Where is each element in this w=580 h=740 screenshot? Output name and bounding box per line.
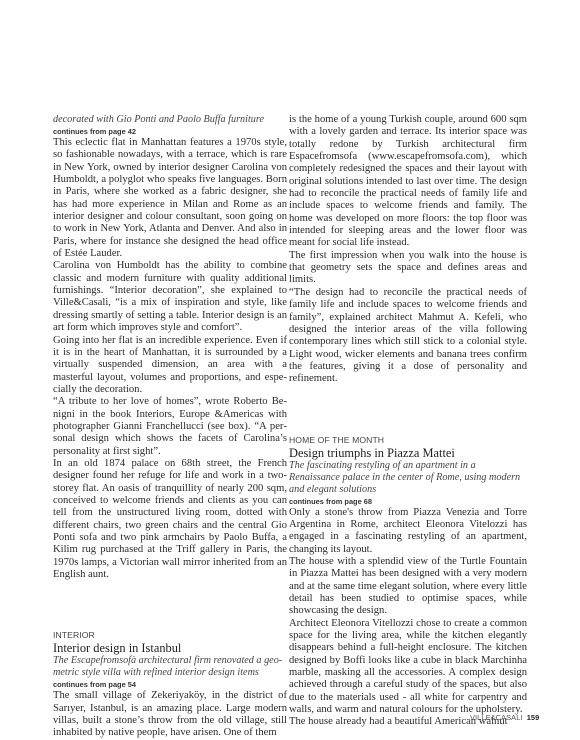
page-footer: VILLE&CASALI 159 [470, 713, 539, 722]
article1-paragraph: Going into her flat is an incredible exp… [53, 335, 287, 397]
article3-standfirst: The fascinating restyling of an apartmen… [289, 460, 527, 496]
section-gap [289, 386, 527, 435]
article3-kicker: HOME OF THE MONTH [289, 435, 527, 446]
article2-standfirst: The Escapefromsofà architectural firm re… [53, 655, 287, 679]
article3-paragraph: Only a stone's throw from Piazza Venezia… [289, 507, 527, 556]
article1-standfirst-tail: decorated with Gio Ponti and Paolo Buffa… [53, 114, 287, 126]
page-number: 159 [527, 713, 540, 722]
article2-continues-label: continues from page 54 [53, 680, 287, 690]
article2-continued-paragraph: is the home of a young Turkish couple, a… [289, 114, 527, 250]
article3-continues-label: continues from page 68 [289, 497, 527, 507]
article3-paragraph: The house with a splendid view of the Tu… [289, 556, 527, 618]
article1-paragraph: “A tribute to her love of homes”, wrote … [53, 396, 287, 458]
magazine-name: VILLE&CASALI [470, 713, 523, 722]
article2-continued-paragraph: The first impression when you walk into … [289, 250, 527, 287]
magazine-page: decorated with Gio Ponti and Paolo Buffa… [0, 0, 580, 740]
article1-continues-label: continues from page 42 [53, 127, 287, 137]
article2-continued-paragraph: “The design had to reconcile the practic… [289, 287, 527, 386]
section-gap [53, 581, 287, 630]
article1-paragraph: This eclectic flat in Manhattan features… [53, 137, 287, 260]
article1-paragraph: Carolina von Humboldt has the ability to… [53, 260, 287, 334]
article2-headline: Interior design in Istanbul [53, 641, 287, 655]
right-column: is the home of a young Turkish couple, a… [289, 114, 527, 729]
left-column: decorated with Gio Ponti and Paolo Buffa… [53, 114, 287, 740]
article3-paragraph: Architect Eleonora Vitellozzi chose to c… [289, 618, 527, 717]
article3-headline: Design triumphs in Piazza Mattei [289, 446, 527, 460]
article1-paragraph: In an old 1874 palace on 68th street, th… [53, 458, 287, 581]
article2-paragraph: The small village of Zekeriyaköy, in the… [53, 690, 287, 739]
article2-kicker: INTERIOR [53, 630, 287, 641]
